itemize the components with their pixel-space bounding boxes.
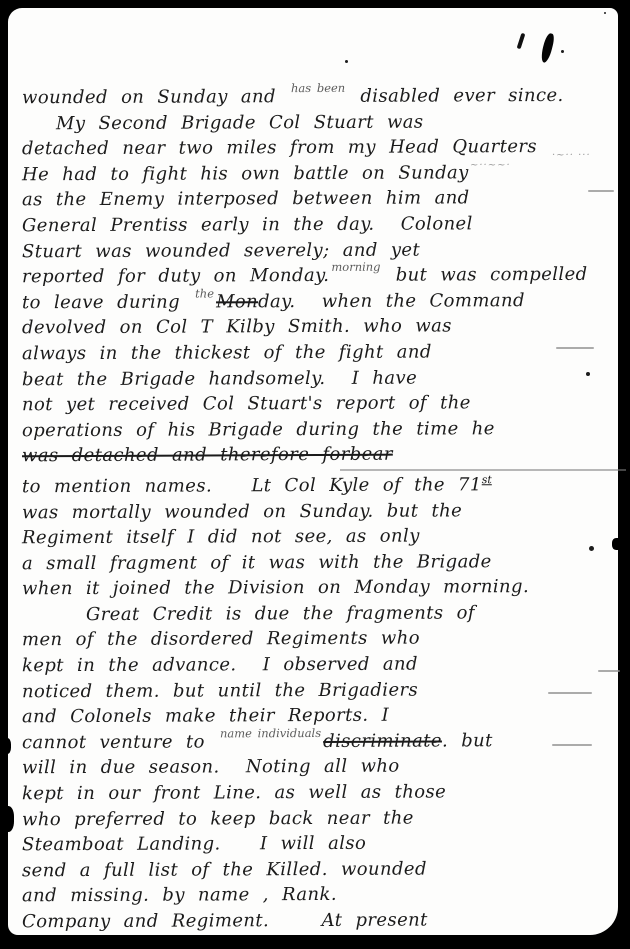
handwritten-line: will in due season. Noting all who: [22, 753, 608, 781]
handwriting-text: as the Enemy interposed between him and: [22, 188, 470, 211]
scan-edge-blob: [612, 538, 622, 550]
handwriting-text: kept in the advance. I observed and: [22, 654, 418, 677]
handwriting-text: Regiment itself I did not see, as only: [22, 526, 420, 549]
handwriting-text: noticed them. but until the Brigadiers: [22, 679, 418, 702]
handwriting-text: beat the Brigade handsomely. I have: [22, 367, 417, 390]
handwritten-line: My Second Brigade Col Stuart was: [56, 108, 608, 136]
handwritten-line: reported for duty on Monday.morning but …: [22, 262, 608, 290]
fold-dash-mark: [588, 190, 614, 192]
superscript-text: st: [482, 473, 492, 486]
handwritten-line: was detached and therefore forbear: [22, 441, 608, 469]
handwriting-text: Great Credit is due the fragments of: [86, 602, 475, 625]
handwriting-text: My Second Brigade Col Stuart was: [56, 111, 424, 134]
handwritten-line: kept in our front Line. as well as those: [22, 779, 608, 807]
handwriting-text: Steamboat Landing. I will also: [22, 833, 366, 856]
handwriting-text: cannot venture to: [22, 731, 218, 753]
interlinear-insertion: has been: [291, 83, 345, 93]
handwritten-line: was mortally wounded on Sunday. but the: [22, 497, 608, 525]
handwriting-text: Company and Regiment. At present: [22, 910, 428, 933]
fold-dash-mark: [552, 744, 592, 746]
handwriting-text: will in due season. Noting all who: [22, 756, 400, 779]
handwritten-line: send a full list of the Killed. wounded: [22, 856, 608, 884]
handwriting-text: to mention names. Lt Col Kyle of the 71: [22, 474, 482, 497]
fold-dash-mark: [556, 347, 594, 349]
interlinear-insertion: the: [195, 288, 214, 298]
interlinear-insertion: name individuals: [220, 728, 321, 738]
handwriting-text: but was compelled: [383, 264, 588, 286]
handwritten-line: wounded on Sunday and has been disabled …: [22, 83, 608, 111]
handwriting-text: operations of his Brigade during the tim…: [22, 418, 495, 441]
ink-dot: [345, 60, 348, 63]
fold-dash-mark: [548, 692, 592, 694]
handwritten-line: always in the thickest of the fight and: [22, 339, 608, 367]
handwriting-text: men of the disordered Regiments who: [22, 628, 420, 651]
handwritten-line: General Prentiss early in the day. Colon…: [22, 211, 608, 239]
handwriting-text: and Colonels make their Reports. I: [22, 705, 389, 728]
ink-dot: [561, 50, 564, 53]
struck-text: discriminate: [323, 730, 442, 752]
handwritten-line: a small fragment of it was with the Brig…: [22, 548, 608, 576]
handwriting-text: and missing. by name , Rank.: [22, 884, 337, 906]
handwriting-text: . but: [442, 730, 493, 751]
manuscript-text: wounded on Sunday and has been disabled …: [22, 84, 608, 934]
handwriting-text: always in the thickest of the fight and: [22, 341, 432, 364]
handwritten-line: detached near two miles from my Head Qua…: [22, 134, 608, 162]
handwriting-text: Stuart was wounded severely; and yet: [22, 239, 420, 262]
handwritten-line: Steamboat Landing. I will also: [22, 830, 608, 858]
handwriting-text: detached near two miles from my Head Qua…: [22, 136, 537, 159]
handwriting-text: was mortally wounded on Sunday. but the: [22, 500, 462, 523]
handwriting-text: He had to fight his own battle on Sunday: [22, 162, 469, 185]
handwritten-line: operations of his Brigade during the tim…: [22, 415, 608, 443]
handwritten-line: when it joined the Division on Monday mo…: [22, 574, 608, 602]
handwritten-line: to leave during theMonday. when the Comm…: [22, 287, 608, 315]
handwritten-line: and missing. by name , Rank.: [22, 881, 608, 909]
handwriting-text: day. when the Command: [258, 290, 525, 312]
handwriting-text: kept in our front Line. as well as those: [22, 781, 446, 804]
ink-dot: [589, 546, 594, 551]
handwriting-text: not yet received Col Stuart's report of …: [22, 392, 471, 415]
handwriting-text: who preferred to keep back near the: [22, 807, 414, 830]
handwritten-line: who preferred to keep back near the: [22, 804, 608, 832]
handwritten-line: devolved on Col T Kilby Smith. who was: [22, 313, 608, 341]
handwritten-line: Great Credit is due the fragments of: [86, 600, 608, 628]
handwriting-text: wounded on Sunday and: [22, 86, 289, 108]
handwritten-line: beat the Brigade handsomely. I have: [22, 364, 608, 392]
pencil-annotation: ~··~~·: [470, 160, 552, 174]
handwritten-line: not yet received Col Stuart's report of …: [22, 390, 608, 418]
struck-text: Mon: [216, 291, 258, 312]
handwriting-text: when it joined the Division on Monday mo…: [22, 576, 529, 599]
handwritten-line: cannot venture to name individualsdiscri…: [22, 728, 608, 756]
interlinear-insertion: morning: [331, 262, 380, 272]
struck-text: was detached and therefore forbear: [22, 444, 393, 467]
handwriting-text: disabled ever since.: [347, 85, 563, 107]
handwritten-line: Company and Regiment. At present: [22, 907, 608, 935]
handwriting-text: reported for duty on Monday.: [22, 265, 329, 287]
scan-edge-blob: [0, 806, 14, 832]
ink-dot: [586, 372, 590, 376]
handwritten-line: as the Enemy interposed between him and: [22, 185, 608, 213]
pencil-annotation: ·~·· ···: [552, 150, 620, 178]
ink-dot: [604, 12, 606, 14]
handwritten-line: kept in the advance. I observed and: [22, 651, 608, 679]
fold-dash-mark: [598, 670, 620, 672]
handwriting-text: to leave during: [22, 291, 193, 313]
fold-crease-line: [340, 469, 626, 473]
scanned-page: wounded on Sunday and has been disabled …: [0, 0, 630, 949]
handwritten-line: men of the disordered Regiments who: [22, 625, 608, 653]
handwriting-text: send a full list of the Killed. wounded: [22, 858, 427, 881]
scan-edge-blob: [2, 738, 11, 754]
handwritten-line: Stuart was wounded severely; and yet: [22, 236, 608, 264]
handwriting-text: General Prentiss early in the day. Colon…: [22, 213, 473, 236]
handwriting-text: a small fragment of it was with the Brig…: [22, 551, 492, 574]
handwritten-line: noticed them. but until the Brigadiers: [22, 676, 608, 704]
handwritten-line: Regiment itself I did not see, as only: [22, 523, 608, 551]
handwriting-text: devolved on Col T Kilby Smith. who was: [22, 316, 452, 339]
